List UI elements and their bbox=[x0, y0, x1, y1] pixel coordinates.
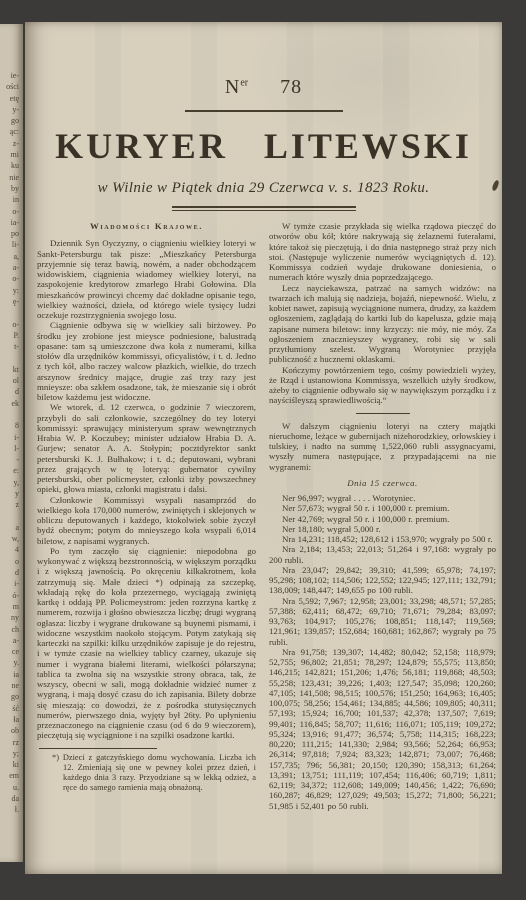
page-header: Ner78 KURYER LITEWSKI w Wilnie w Piątek … bbox=[25, 22, 502, 211]
body-paragraph: Kończymy powtórzeniem tego, cośmy powied… bbox=[269, 365, 496, 406]
article-columns: Wiadomości Krajowe. Dziennik Syn Oyczyzn… bbox=[25, 211, 502, 811]
section-divider-rule bbox=[356, 413, 410, 414]
lottery-line: Nra 5,592; 7,967; 12,958; 23,001; 33,298… bbox=[269, 596, 496, 647]
facing-page-edge: ie- ości etę y- go ąc: z- mi ku nie by i… bbox=[0, 24, 23, 862]
masthead-title: KURYER LITEWSKI bbox=[25, 125, 502, 167]
lottery-line: Ner 42,769; wygrał 50 r. i 100,000 r. pr… bbox=[269, 514, 496, 524]
body-paragraph: W tymże czasie przykłada się wielka rząd… bbox=[269, 221, 496, 283]
lottery-line: Nra 91,758; 139,307; 14,482; 80,042; 52,… bbox=[269, 647, 496, 811]
issue-prefix: N bbox=[225, 76, 240, 98]
facing-page-text-fragments: ie- ości etę y- go ąc: z- mi ku nie by i… bbox=[0, 24, 23, 816]
body-paragraph: Dziennik Syn Oyczyzny, o ciągnieniu wiel… bbox=[37, 238, 256, 320]
issue-number-line: Ner78 bbox=[25, 76, 502, 99]
issue-number: 78 bbox=[280, 76, 302, 98]
newspaper-page: Ner78 KURYER LITEWSKI w Wilnie w Piątek … bbox=[25, 22, 502, 874]
lottery-line: Ner 96,997; wygrał . . . . Worotyniec. bbox=[269, 493, 496, 503]
body-paragraph: W dalszym ciągnieniu loteryi na cztery m… bbox=[269, 421, 496, 472]
lottery-line: Ner 57,673; wygrał 50 r. i 100,000 r. pr… bbox=[269, 503, 496, 513]
dateline: w Wilnie w Piątek dnia 29 Czerwca v. s. … bbox=[25, 180, 502, 197]
lottery-line: Nra 2,184; 13,453; 22,013; 51,264 i 97,1… bbox=[269, 544, 496, 565]
left-column: Wiadomości Krajowe. Dziennik Syn Oyczyzn… bbox=[37, 221, 256, 811]
body-paragraph: Lecz nayciekawsza, patrzać na samych wid… bbox=[269, 283, 496, 365]
lottery-date-heading: Dnia 15 czerwca. bbox=[269, 478, 496, 488]
body-paragraph: We wtorek, d. 12 czerwca, o godzinie 7 w… bbox=[37, 402, 256, 494]
scan-mat: ie- ości etę y- go ąc: z- mi ku nie by i… bbox=[0, 0, 526, 900]
lottery-line: Ner 18,180; wygrał 5,000 r. bbox=[269, 524, 496, 534]
section-heading-domestic-news: Wiadomości Krajowe. bbox=[37, 221, 256, 231]
footnote-rule bbox=[39, 748, 157, 749]
footnote: *) Dzieci z gatczyńskiego domu wychowani… bbox=[37, 753, 256, 793]
lottery-line: Nra 23,047; 29,842; 39,310; 41,599; 65,9… bbox=[269, 565, 496, 596]
issue-ordinal-suffix: er bbox=[240, 77, 248, 88]
header-rule-top bbox=[185, 110, 343, 112]
body-paragraph: Członkowie Kommissyi wsypali nasamprzód … bbox=[37, 495, 256, 546]
right-column: W tymże czasie przykłada się wielka rząd… bbox=[269, 221, 496, 811]
body-paragraph: Po tym zaczęło się ciągnienie: niepodobn… bbox=[37, 546, 256, 741]
lottery-line: Nra 14,231; 118,452; 128,612 i 153,970; … bbox=[269, 534, 496, 544]
body-paragraph: Ciągnienie odbywa się w wielkiey sali bi… bbox=[37, 320, 256, 402]
